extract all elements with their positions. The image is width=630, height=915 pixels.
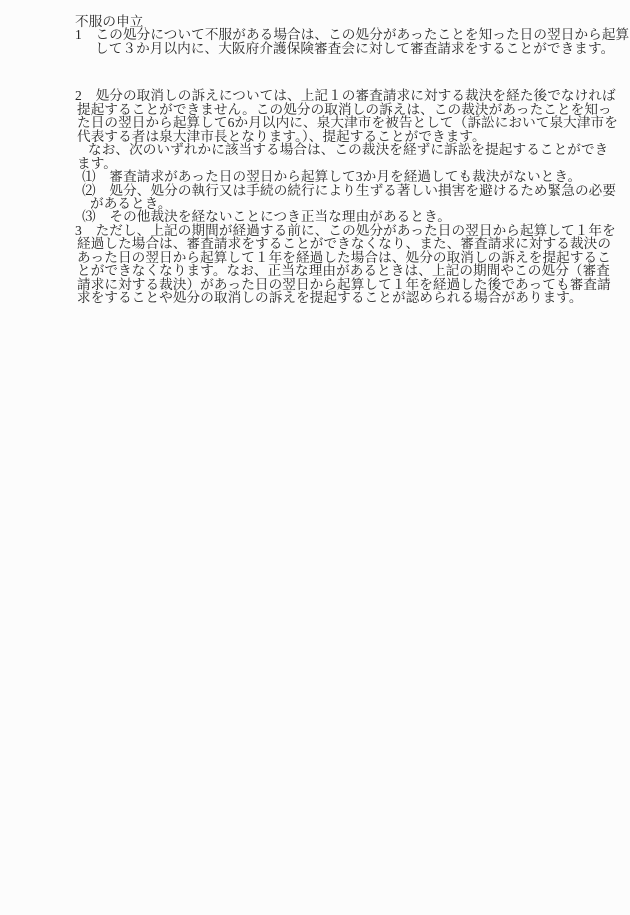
section3-line2: 経過した場合は、審査請求をすることができなくなり、また、審査請求に対する裁決の bbox=[77, 237, 623, 250]
section-2: 2 処分の取消しの訴えについては、上記１の審査請求に対する裁決を経た後でなければ… bbox=[75, 89, 623, 224]
section3-line6: 求をすることや処分の取消しの訴えを提起することが認められる場合があります。 bbox=[77, 291, 623, 304]
section3-line4: とができなくなります。なお、正当な理由があるときは、上記の期間やこの処分（審査 bbox=[77, 264, 623, 277]
page: { "page": { "background": "#fcfcfc", "te… bbox=[0, 0, 630, 915]
section2-line3: た日の翌日から起算して6か月以内に、泉大津市を被告として（訴訟において泉大津市を bbox=[77, 116, 623, 129]
section-1: 1 この処分について不服がある場合は、この処分があったことを知った日の翌日から起… bbox=[75, 28, 623, 55]
section-3: 3 ただし、上記の期間が経過する前に、この処分があった日の翌日から起算して１年を… bbox=[75, 224, 623, 305]
section2-line1: 2 処分の取消しの訴えについては、上記１の審査請求に対する裁決を経た後でなければ bbox=[75, 89, 623, 102]
section1-line2: して３か月以内に、大阪府介護保険審査会に対して審査請求をすることができます。 bbox=[95, 42, 623, 55]
appeal-notice-document: 不服の申立 1 この処分について不服がある場合は、この処分があったことを知った日… bbox=[75, 15, 623, 305]
section1-line1: 1 この処分について不服がある場合は、この処分があったことを知った日の翌日から起… bbox=[75, 28, 623, 41]
section2-subitem-3: ⑶ その他裁決を経ないことにつき正当な理由があるとき。 bbox=[82, 210, 623, 223]
section2-subitem-2-line1: ⑵ 処分、処分の執行又は手続の続行により生ずる著しい損害を避けるため緊急の必要 bbox=[82, 184, 623, 197]
section2-note-line1: なお、次のいずれかに該当する場合は、この裁決を経ずに訴訟を提起することができ bbox=[88, 143, 623, 156]
section2-subitem-1: ⑴ 審査請求があった日の翌日から起算して3か月を経過しても裁決がないとき。 bbox=[82, 170, 623, 183]
